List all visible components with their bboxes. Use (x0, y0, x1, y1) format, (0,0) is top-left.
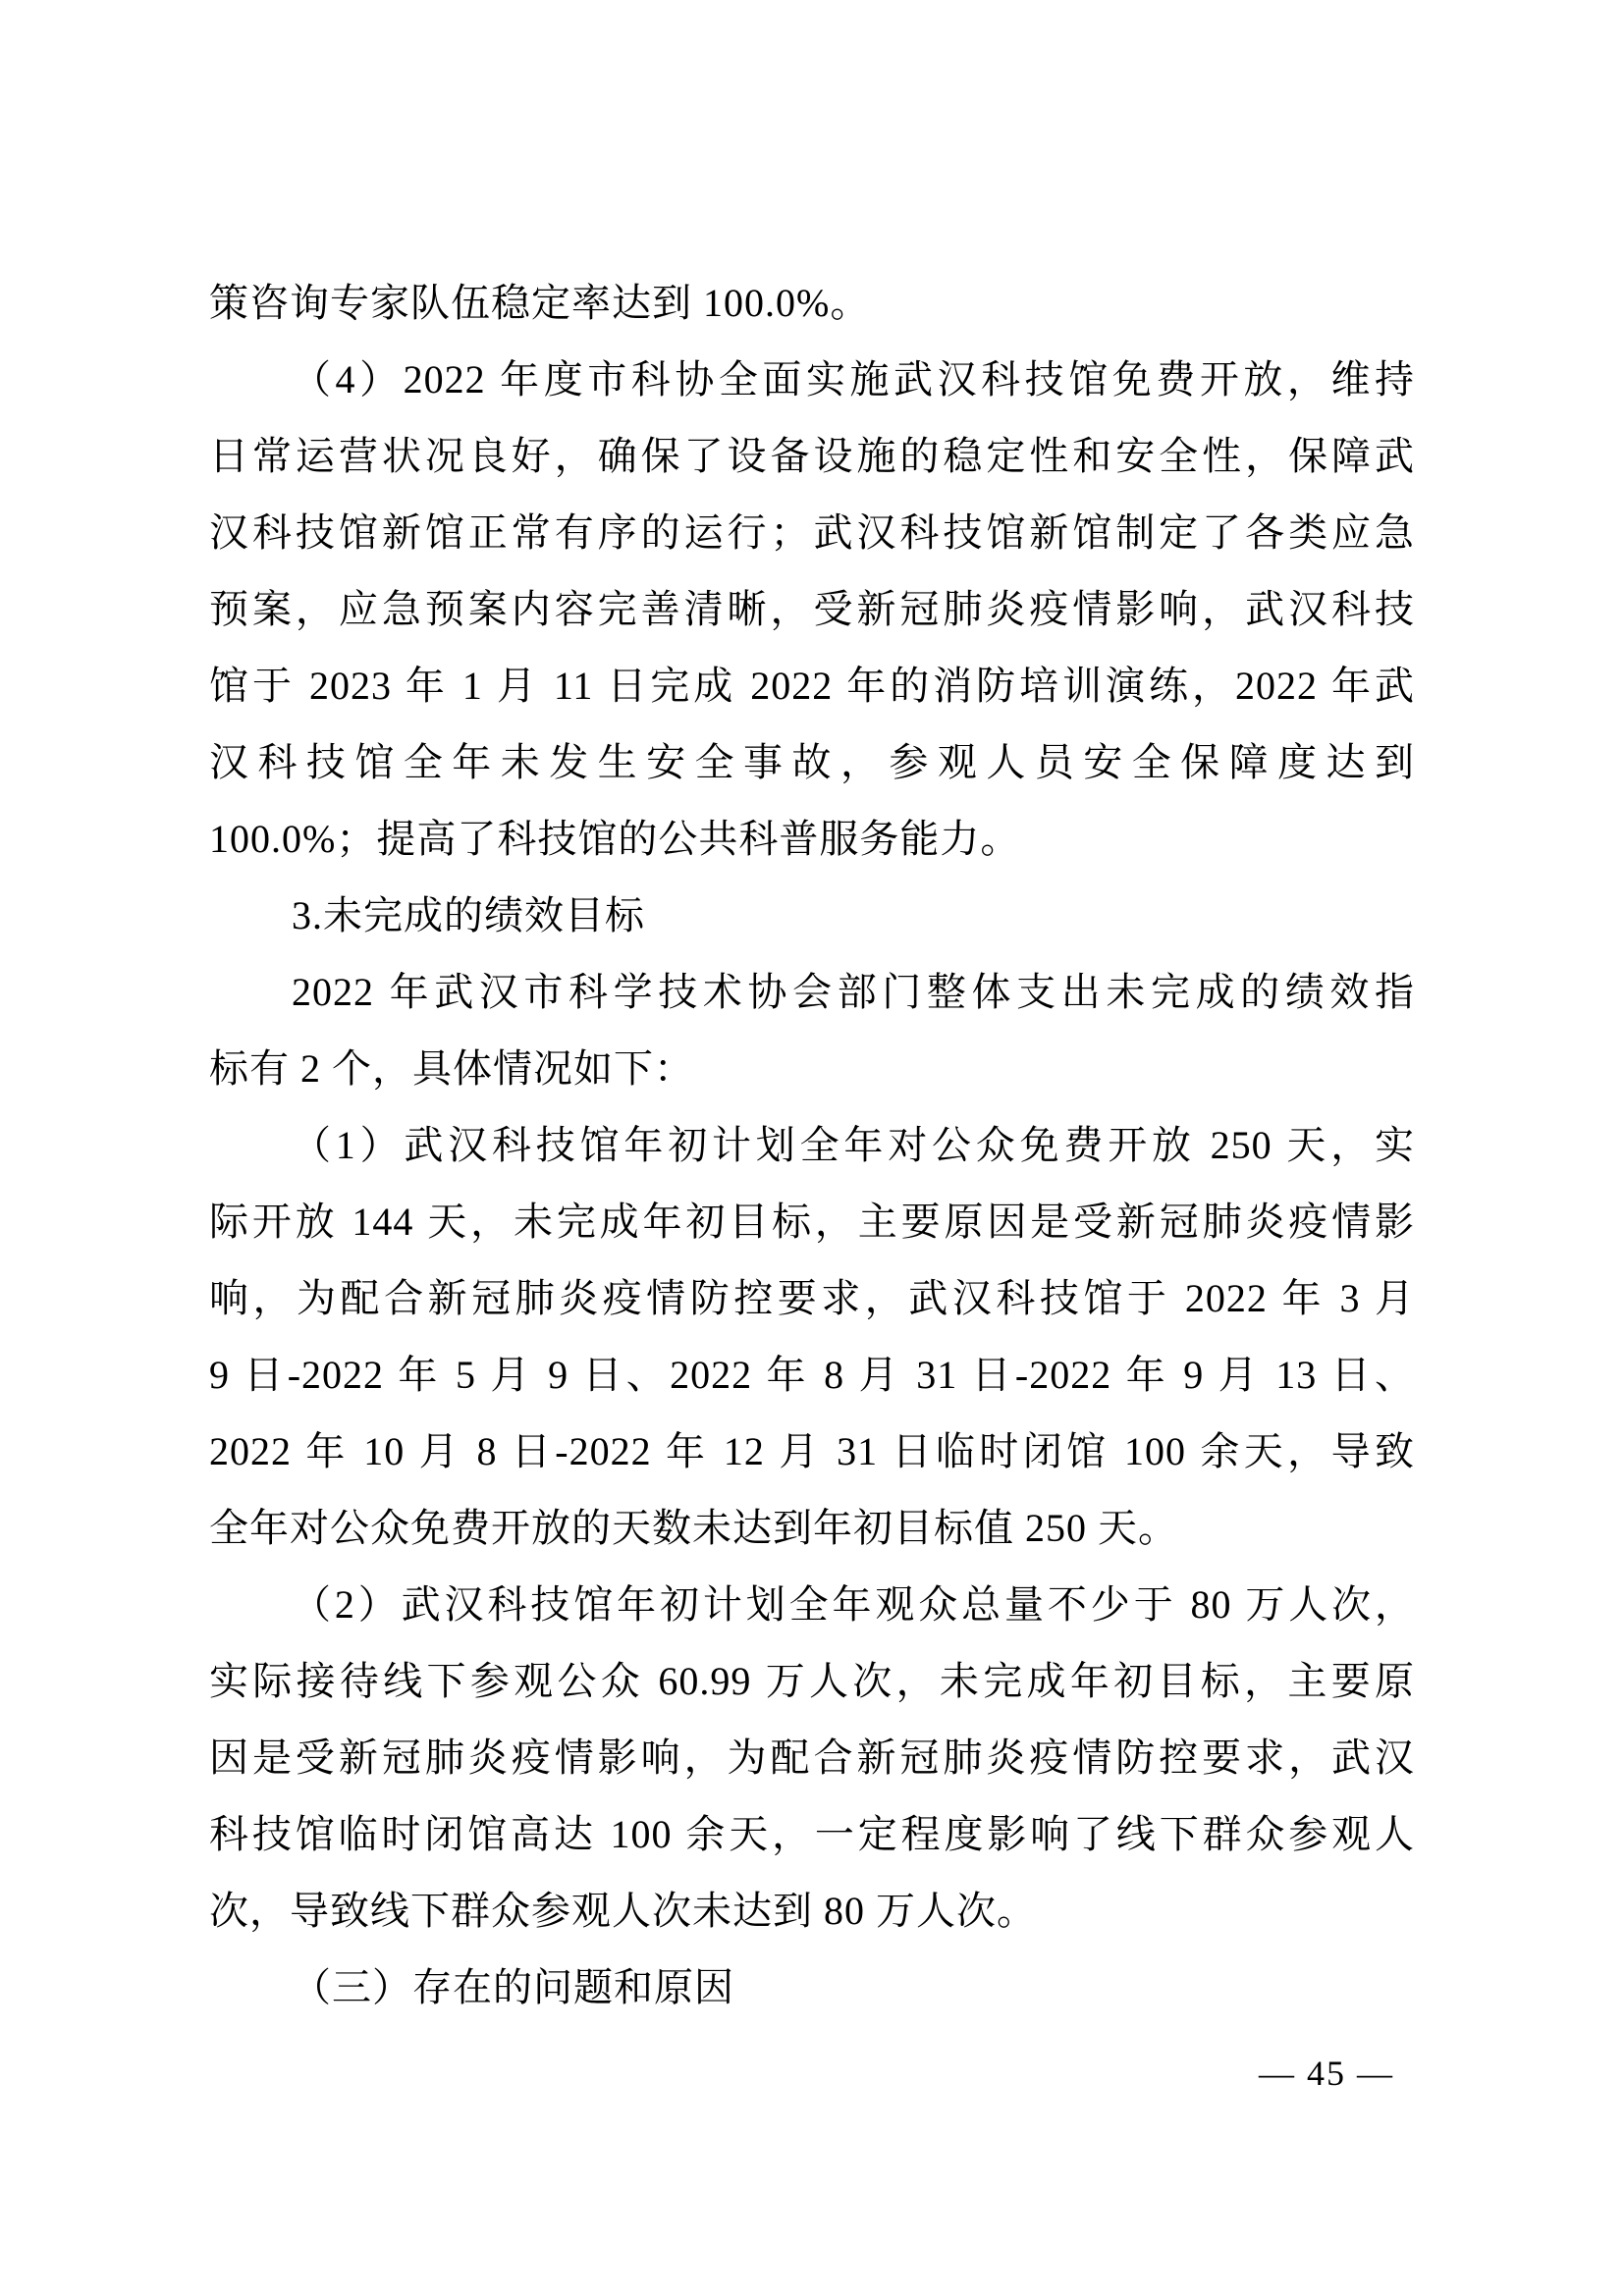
text-line: 馆于 2023 年 1 月 11 日完成 2022 年的消防培训演练，2022 … (209, 648, 1415, 724)
page-number: — 45 — (1259, 2054, 1394, 2093)
text-line: 际开放 144 天，未完成年初目标，主要原因是受新冠肺炎疫情影 (209, 1184, 1415, 1260)
text-line: 日常运营状况良好，确保了设备设施的稳定性和安全性，保障武 (209, 418, 1415, 495)
text-line: （4）2022 年度市科协全面实施武汉科技馆免费开放，维持 (209, 342, 1415, 418)
text-line: 科技馆临时闭馆高达 100 余天，一定程度影响了线下群众参观人 (209, 1796, 1415, 1873)
text-line: 策咨询专家队伍稳定率达到 100.0%。 (209, 265, 1415, 342)
text-line: 2022 年武汉市科学技术协会部门整体支出未完成的绩效指 (209, 954, 1415, 1031)
text-line: 2022 年 10 月 8 日-2022 年 12 月 31 日临时闭馆 100… (209, 1414, 1415, 1490)
text-line: 实际接待线下参观公众 60.99 万人次，未完成年初目标，主要原 (209, 1643, 1415, 1720)
text-line: （1）武汉科技馆年初计划全年对公众免费开放 250 天，实 (209, 1107, 1415, 1184)
document-page: 策咨询专家队伍稳定率达到 100.0%。（4）2022 年度市科协全面实施武汉科… (0, 0, 1624, 2296)
text-line: 因是受新冠肺炎疫情影响，为配合新冠肺炎疫情防控要求，武汉 (209, 1720, 1415, 1796)
text-line: 9 日-2022 年 5 月 9 日、2022 年 8 月 31 日-2022 … (209, 1337, 1415, 1414)
text-line: 响，为配合新冠肺炎疫情防控要求，武汉科技馆于 2022 年 3 月 (209, 1260, 1415, 1337)
page-footer: — 45 — (1259, 2044, 1394, 2103)
text-line: （三）存在的问题和原因 (209, 1949, 1415, 2026)
text-line: 汉科技馆全年未发生安全事故，参观人员安全保障度达到 (209, 724, 1415, 801)
text-line: 3.未完成的绩效目标 (209, 878, 1415, 954)
text-line: 全年对公众免费开放的天数未达到年初目标值 250 天。 (209, 1490, 1415, 1567)
text-line: 标有 2 个，具体情况如下： (209, 1031, 1415, 1107)
text-line: （2）武汉科技馆年初计划全年观众总量不少于 80 万人次， (209, 1567, 1415, 1643)
text-line: 次，导致线下群众参观人次未达到 80 万人次。 (209, 1873, 1415, 1949)
text-line: 100.0%；提高了科技馆的公共科普服务能力。 (209, 801, 1415, 878)
text-line: 汉科技馆新馆正常有序的运行；武汉科技馆新馆制定了各类应急 (209, 495, 1415, 571)
document-body: 策咨询专家队伍稳定率达到 100.0%。（4）2022 年度市科协全面实施武汉科… (209, 265, 1415, 2026)
text-line: 预案，应急预案内容完善清晰，受新冠肺炎疫情影响，武汉科技 (209, 571, 1415, 648)
